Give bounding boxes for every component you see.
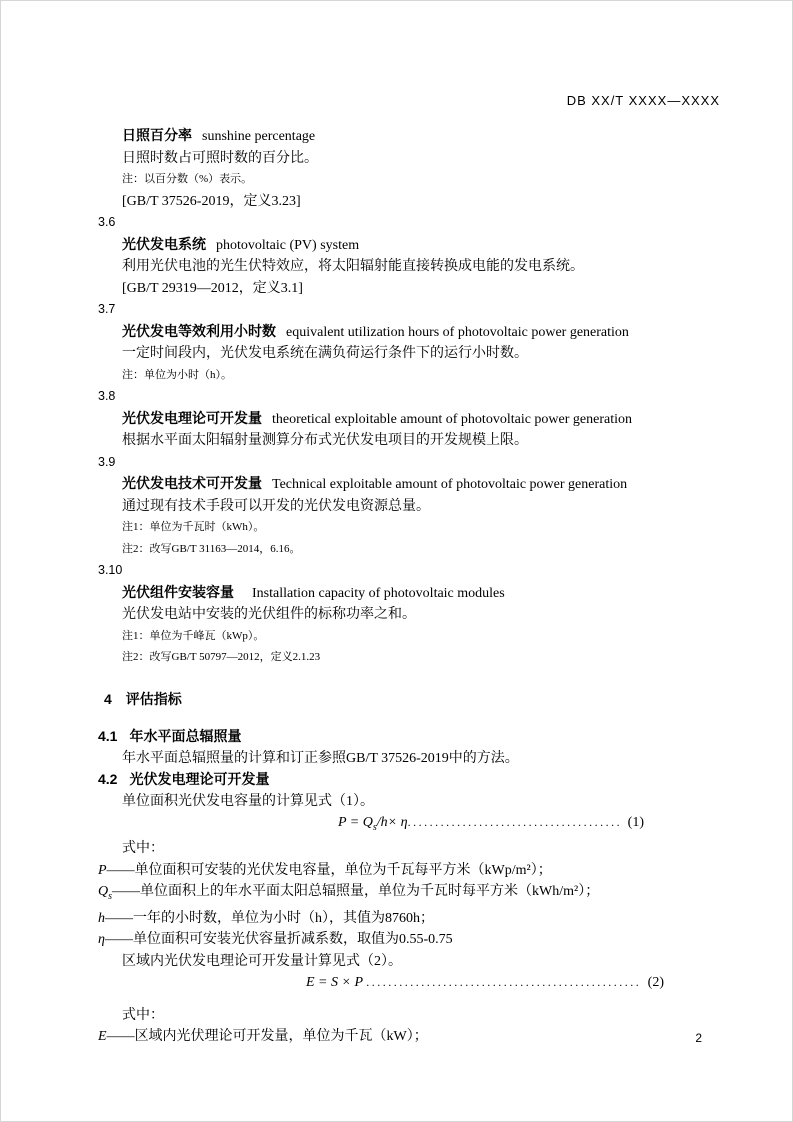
term-note: 注：以百分数（%）表示。	[98, 169, 719, 191]
where-label-2: 式中：	[98, 1005, 719, 1027]
term-title-en: photovoltaic (PV) system	[216, 238, 359, 253]
term-3-8: 3.8 光伏发电理论可开发量theoretical exploitable am…	[98, 386, 719, 452]
formula-1-expression: P = Qs/h× η	[338, 812, 408, 838]
term-3-7: 3.7 光伏发电等效利用小时数equivalent utilization ho…	[98, 299, 719, 386]
chapter-title: 评估指标	[126, 691, 182, 707]
term-3-6: 3.6 光伏发电系统photovoltaic (PV) system 利用光伏电…	[98, 212, 719, 299]
term-3-10: 3.10 光伏组件安装容量Installation capacity of ph…	[98, 560, 719, 669]
term-title-zh: 光伏发电技术可开发量	[122, 475, 262, 491]
term-note-1: 注1：单位为千瓦时（kWh）。	[98, 517, 719, 539]
term-prev: 日照百分率sunshine percentage 日照时数占可照时数的百分比。 …	[98, 125, 719, 212]
formula-2: E = S × P ..............................…	[98, 972, 719, 994]
formula-2-leader-dots: ........................................…	[366, 972, 640, 994]
term-title-en: Installation capacity of photovoltaic mo…	[252, 586, 505, 601]
section-4-1-body: 年水平面总辐照量的计算和订正参照GB/T 37526-2019中的方法。	[98, 748, 719, 770]
term-source: [GB/T 29319—2012，定义3.1]	[98, 278, 719, 300]
formula-1-intro: 单位面积光伏发电容量的计算见式（1）。	[98, 791, 719, 813]
term-definition: 光伏发电站中安装的光伏组件的标称功率之和。	[98, 604, 719, 626]
term-definition: 利用光伏电池的光生伏特效应，将太阳辐射能直接转换成电能的发电系统。	[98, 256, 719, 278]
term-title-en: equivalent utilization hours of photovol…	[286, 325, 629, 340]
symbol: Q	[98, 884, 108, 899]
term-title-zh: 日照百分率	[122, 127, 192, 143]
symbol-text: ——单位面积可安装光伏容量折减系数，取值为0.55-0.75	[105, 932, 453, 947]
section-4-2-heading: 4.2光伏发电理论可开发量	[98, 769, 719, 791]
term-title-en: Technical exploitable amount of photovol…	[272, 477, 627, 492]
formula-2-number: (2)	[641, 972, 664, 994]
section-title: 年水平面总辐照量	[129, 728, 241, 744]
term-title: 光伏发电理论可开发量theoretical exploitable amount…	[98, 408, 719, 431]
term-title-en: theoretical exploitable amount of photov…	[272, 412, 632, 427]
term-number: 3.7	[98, 299, 719, 321]
term-note-1: 注1：单位为千峰瓦（kWp）。	[98, 626, 719, 648]
symbol-definition-eta: η——单位面积可安装光伏容量折减系数，取值为0.55-0.75	[98, 929, 719, 951]
term-title-zh: 光伏发电理论可开发量	[122, 410, 262, 426]
formula-1: P = Qs/h× η ............................…	[98, 812, 719, 838]
page-content: 日照百分率sunshine percentage 日照时数占可照时数的百分比。 …	[98, 125, 719, 1048]
formula-1-leader-dots: ........................................…	[408, 812, 621, 834]
section-number: 4.1	[98, 728, 117, 744]
term-title: 光伏组件安装容量Installation capacity of photovo…	[98, 582, 719, 605]
chapter-number: 4	[104, 691, 112, 707]
term-definition: 一定时间段内，光伏发电系统在满负荷运行条件下的运行小时数。	[98, 343, 719, 365]
symbol-definition-h: h——一年的小时数，单位为小时（h），其值为8760h；	[98, 908, 719, 930]
term-title: 日照百分率sunshine percentage	[98, 125, 719, 148]
term-definition: 根据水平面太阳辐射量测算分布式光伏发电项目的开发规模上限。	[98, 430, 719, 452]
symbol-definition-Qs: Qs——单位面积上的年水平面太阳总辐照量，单位为千瓦时每平方米（kWh/m²）；	[98, 881, 719, 907]
symbol-definition-E: E——区域内光伏理论可开发量，单位为千瓦（kW）；	[98, 1026, 719, 1048]
formula-2-expression: E = S × P	[306, 972, 366, 994]
symbol-definition-P: P——单位面积可安装的光伏发电容量，单位为千瓦每平方米（kWp/m²）；	[98, 860, 719, 882]
term-3-9: 3.9 光伏发电技术可开发量Technical exploitable amou…	[98, 452, 719, 561]
term-definition: 通过现有技术手段可以开发的光伏发电资源总量。	[98, 496, 719, 518]
term-title: 光伏发电等效利用小时数equivalent utilization hours …	[98, 321, 719, 344]
doc-code-header: DB XX/T XXXX—XXXX	[567, 93, 720, 108]
formula-2-intro: 区域内光伏发电理论可开发量计算见式（2）。	[98, 951, 719, 973]
term-title-en: sunshine percentage	[202, 129, 315, 144]
term-note-2: 注2：改写GB/T 31163—2014，6.16。	[98, 539, 719, 561]
term-title-zh: 光伏发电系统	[122, 236, 206, 252]
formula-1-number: (1)	[621, 812, 644, 834]
section-4-1-heading: 4.1年水平面总辐照量	[98, 726, 719, 748]
section-number: 4.2	[98, 771, 117, 787]
term-definition: 日照时数占可照时数的百分比。	[98, 148, 719, 170]
symbol-text: ——单位面积上的年水平面太阳总辐照量，单位为千瓦时每平方米（kWh/m²）；	[112, 884, 599, 899]
term-source: [GB/T 37526-2019，定义3.23]	[98, 191, 719, 213]
section-title: 光伏发电理论可开发量	[129, 771, 269, 787]
term-number: 3.8	[98, 386, 719, 408]
term-title-zh: 光伏组件安装容量	[122, 584, 234, 600]
where-label-1: 式中：	[98, 838, 719, 860]
symbol-text: ——一年的小时数，单位为小时（h），其值为8760h；	[105, 911, 434, 926]
term-title-zh: 光伏发电等效利用小时数	[122, 323, 276, 339]
term-note-2: 注2：改写GB/T 50797—2012，定义2.1.23	[98, 647, 719, 669]
symbol-text: ——单位面积可安装的光伏发电容量，单位为千瓦每平方米（kWp/m²）；	[107, 863, 552, 878]
symbol: E	[98, 1029, 107, 1044]
document-page: DB XX/T XXXX—XXXX 日照百分率sunshine percenta…	[0, 0, 793, 1122]
term-title: 光伏发电技术可开发量Technical exploitable amount o…	[98, 473, 719, 496]
term-title: 光伏发电系统photovoltaic (PV) system	[98, 234, 719, 257]
chapter-heading: 4评估指标	[98, 689, 719, 711]
symbol: P	[98, 863, 107, 878]
symbol: η	[98, 932, 105, 947]
term-number: 3.10	[98, 560, 719, 582]
term-number: 3.9	[98, 452, 719, 474]
symbol: h	[98, 911, 105, 926]
term-note: 注：单位为小时（h）。	[98, 365, 719, 387]
term-number: 3.6	[98, 212, 719, 234]
page-number: 2	[695, 1031, 702, 1045]
symbol-text: ——区域内光伏理论可开发量，单位为千瓦（kW）；	[107, 1029, 428, 1044]
